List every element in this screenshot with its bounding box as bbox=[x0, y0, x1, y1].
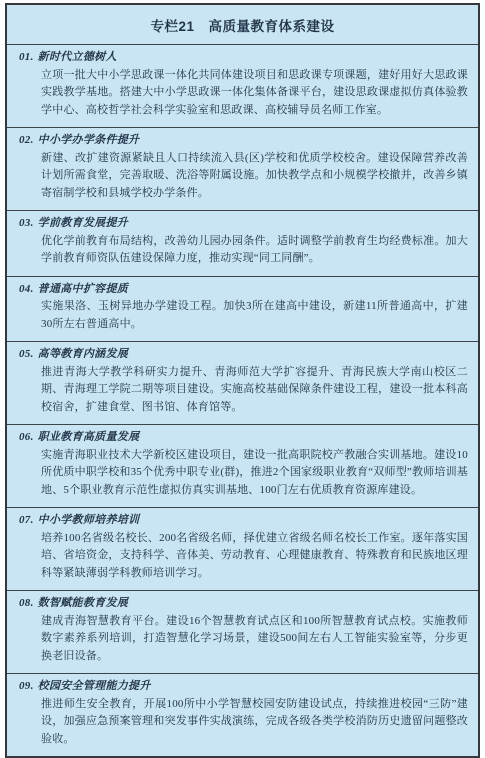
section-heading: 01.新时代立德树人 bbox=[19, 49, 470, 67]
section-body: 实施青海职业技术大学新校区建设项目，建设一批高职院校产教融合实训基地。建设10所… bbox=[41, 447, 468, 500]
section-number: 05. bbox=[19, 348, 34, 360]
section-number: 02. bbox=[19, 134, 34, 146]
section-heading: 07.中小学教师培养培训 bbox=[19, 512, 470, 530]
section-heading-text: 职业教育高质量发展 bbox=[38, 431, 140, 443]
section-number: 08. bbox=[19, 597, 34, 609]
panel-title-text: 高质量教育体系建设 bbox=[209, 19, 335, 34]
section-heading-text: 中小学办学条件提升 bbox=[38, 134, 140, 146]
section-heading: 05.高等教育内涵发展 bbox=[19, 346, 470, 364]
section-heading: 09.校园安全管理能力提升 bbox=[19, 678, 470, 696]
section-heading-text: 数智赋能教育发展 bbox=[38, 597, 128, 609]
section-heading-text: 新时代立德树人 bbox=[38, 51, 117, 63]
section-body: 建成青海智慧教育平台。建设16个智慧教育试点区和100所智慧教育试点校。实施教师… bbox=[41, 613, 468, 666]
section-body: 优化学前教育布局结构，改善幼儿园办园条件。适时调整学前教育生均经费标准。加大学前… bbox=[41, 233, 468, 268]
column-panel: 专栏21高质量教育体系建设 01.新时代立德树人 立项一批大中小学思政课一体化共… bbox=[5, 3, 480, 758]
section-body: 推进师生安全教育，开展100所中小学智慧校园安防建设试点，持续推进校园“三防”建… bbox=[41, 696, 468, 749]
section-number: 01. bbox=[19, 51, 34, 63]
section-body: 实施果洛、玉树异地办学建设工程。加快3所在建高中建设，新建11所普通高中，扩建3… bbox=[41, 298, 468, 333]
section-heading-text: 普通高中扩容提质 bbox=[38, 283, 128, 295]
section-body: 新建、改扩建资源紧缺且人口持续流入县(区)学校和优质学校校舍。建设保障营养改善计… bbox=[41, 150, 468, 203]
section-04: 04.普通高中扩容提质 实施果洛、玉树异地办学建设工程。加快3所在建高中建设，新… bbox=[7, 277, 478, 343]
panel-title: 专栏21高质量教育体系建设 bbox=[7, 5, 478, 45]
section-body: 推进青海大学教学科研实力提升、青海师范大学扩容提升、青海民族大学南山校区二期、青… bbox=[41, 364, 468, 417]
section-heading: 03.学前教育发展提升 bbox=[19, 215, 470, 233]
section-number: 09. bbox=[19, 680, 34, 692]
page: 专栏21高质量教育体系建设 01.新时代立德树人 立项一批大中小学思政课一体化共… bbox=[0, 0, 485, 736]
section-heading: 02.中小学办学条件提升 bbox=[19, 132, 470, 150]
section-heading-text: 中小学教师培养培训 bbox=[38, 514, 140, 526]
section-03: 03.学前教育发展提升 优化学前教育布局结构，改善幼儿园办园条件。适时调整学前教… bbox=[7, 211, 478, 277]
section-number: 07. bbox=[19, 514, 34, 526]
section-02: 02.中小学办学条件提升 新建、改扩建资源紧缺且人口持续流入县(区)学校和优质学… bbox=[7, 128, 478, 211]
section-01: 01.新时代立德树人 立项一批大中小学思政课一体化共同体建设项目和思政课专项课题… bbox=[7, 45, 478, 128]
section-heading: 04.普通高中扩容提质 bbox=[19, 281, 470, 299]
section-body: 立项一批大中小学思政课一体化共同体建设项目和思政课专项课题，建好用好大思政课实践… bbox=[41, 67, 468, 120]
section-06: 06.职业教育高质量发展 实施青海职业技术大学新校区建设项目，建设一批高职院校产… bbox=[7, 425, 478, 508]
section-heading: 08.数智赋能教育发展 bbox=[19, 595, 470, 613]
section-heading-text: 校园安全管理能力提升 bbox=[38, 680, 151, 692]
section-09: 09.校园安全管理能力提升 推进师生安全教育，开展100所中小学智慧校园安防建设… bbox=[7, 674, 478, 756]
panel-title-prefix: 专栏21 bbox=[150, 19, 194, 34]
section-heading: 06.职业教育高质量发展 bbox=[19, 429, 470, 447]
section-05: 05.高等教育内涵发展 推进青海大学教学科研实力提升、青海师范大学扩容提升、青海… bbox=[7, 342, 478, 425]
section-07: 07.中小学教师培养培训 培养100名省级名校长、200名省级名师，择优建立省级… bbox=[7, 508, 478, 591]
section-body: 培养100名省级名校长、200名省级名师，择优建立省级名师名校长工作室。逐年落实… bbox=[41, 530, 468, 583]
section-heading-text: 学前教育发展提升 bbox=[38, 217, 128, 229]
section-heading-text: 高等教育内涵发展 bbox=[38, 348, 128, 360]
section-number: 04. bbox=[19, 283, 34, 295]
section-number: 06. bbox=[19, 431, 34, 443]
section-08: 08.数智赋能教育发展 建成青海智慧教育平台。建设16个智慧教育试点区和100所… bbox=[7, 591, 478, 674]
section-number: 03. bbox=[19, 217, 34, 229]
